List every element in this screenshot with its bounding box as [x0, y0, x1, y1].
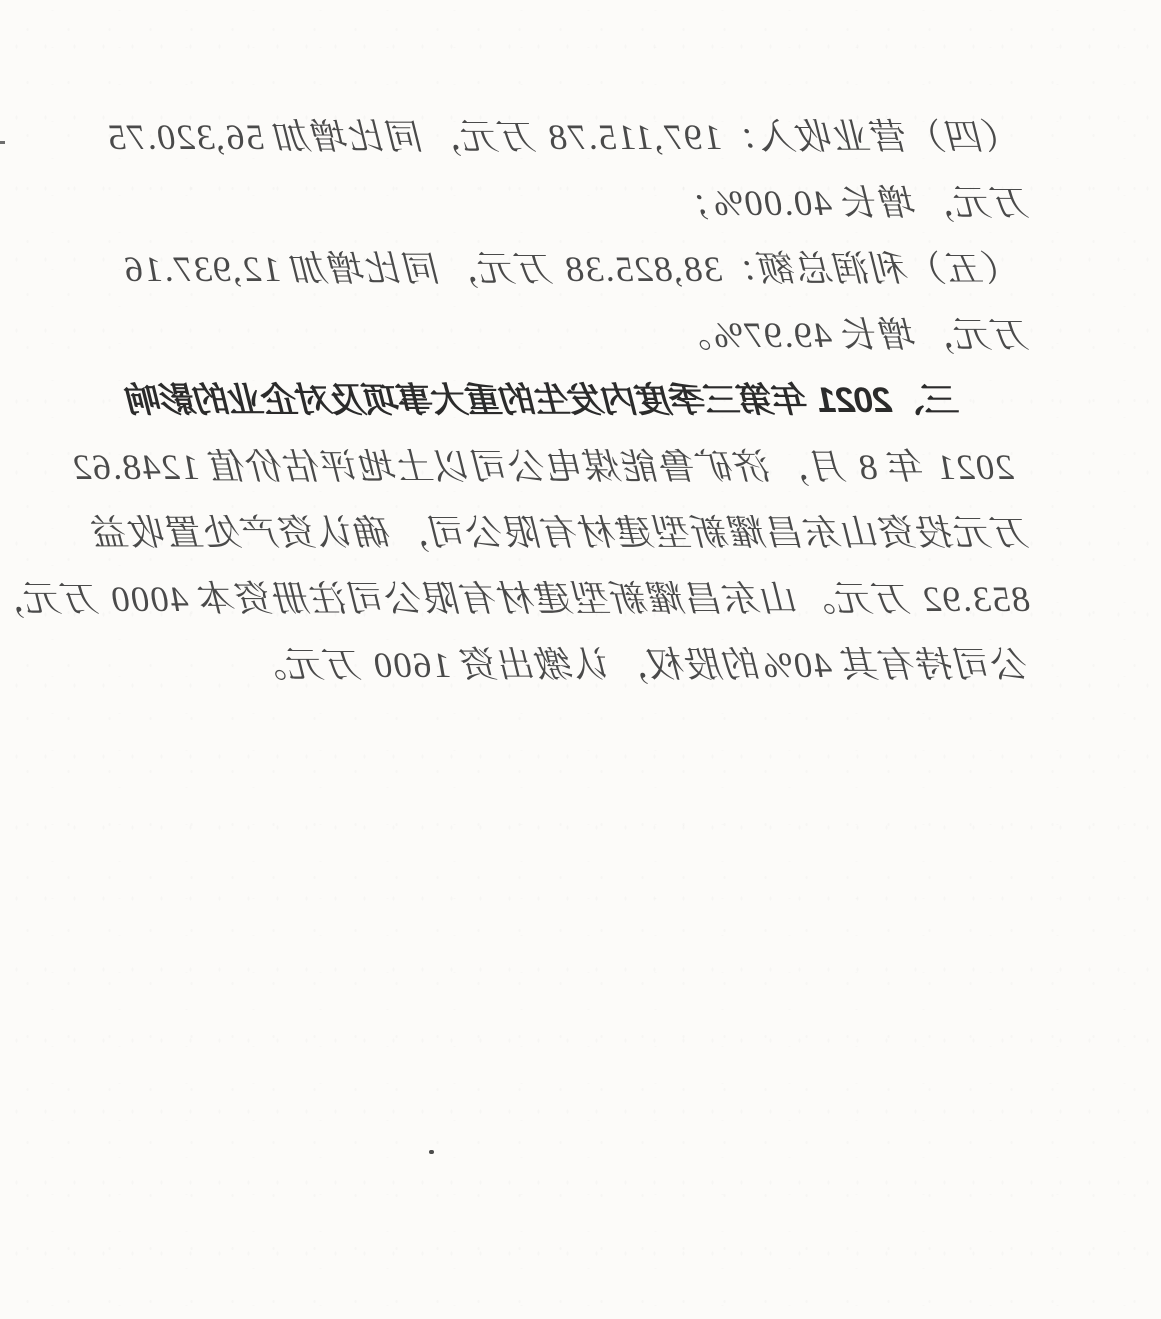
scan-edge-artifact	[0, 141, 5, 144]
scanned-document-page: （四）营业收入：197,115.78 万元，同比增加 56,320.75 万元，…	[0, 0, 1161, 1319]
item-five-line-1: （五）利润总额：38,825.38 万元，同比增加 12,937.16	[125, 236, 1030, 302]
scan-speck-artifact	[429, 1150, 434, 1154]
item-four-line-2: 万元，增长 40.00%；	[125, 170, 1030, 236]
paragraph-line-3: 853.92 万元。山东昌耀新型建材有限公司注册资本 4000 万元，	[125, 566, 1030, 632]
document-text-block: （四）营业收入：197,115.78 万元，同比增加 56,320.75 万元，…	[125, 104, 1030, 698]
section-heading: 三、2021 年第三季度内发生的重大事项及对企业的影响	[125, 368, 1030, 434]
paragraph-line-4: 公司持有其 40%的股权，认缴出资 1600 万元。	[125, 632, 1030, 698]
item-four-line-1: （四）营业收入：197,115.78 万元，同比增加 56,320.75	[125, 104, 1030, 170]
mirrored-scan-surface: （四）营业收入：197,115.78 万元，同比增加 56,320.75 万元，…	[0, 0, 1161, 1319]
paragraph-line-2: 万元投资山东昌耀新型建材有限公司，确认资产处置收益	[125, 500, 1030, 566]
item-five-line-2: 万元，增长 49.97%。	[125, 302, 1030, 368]
paragraph-line-1: 2021 年 8 月，济矿鲁能煤电公司以土地评估价值 1248.62	[125, 434, 1030, 500]
